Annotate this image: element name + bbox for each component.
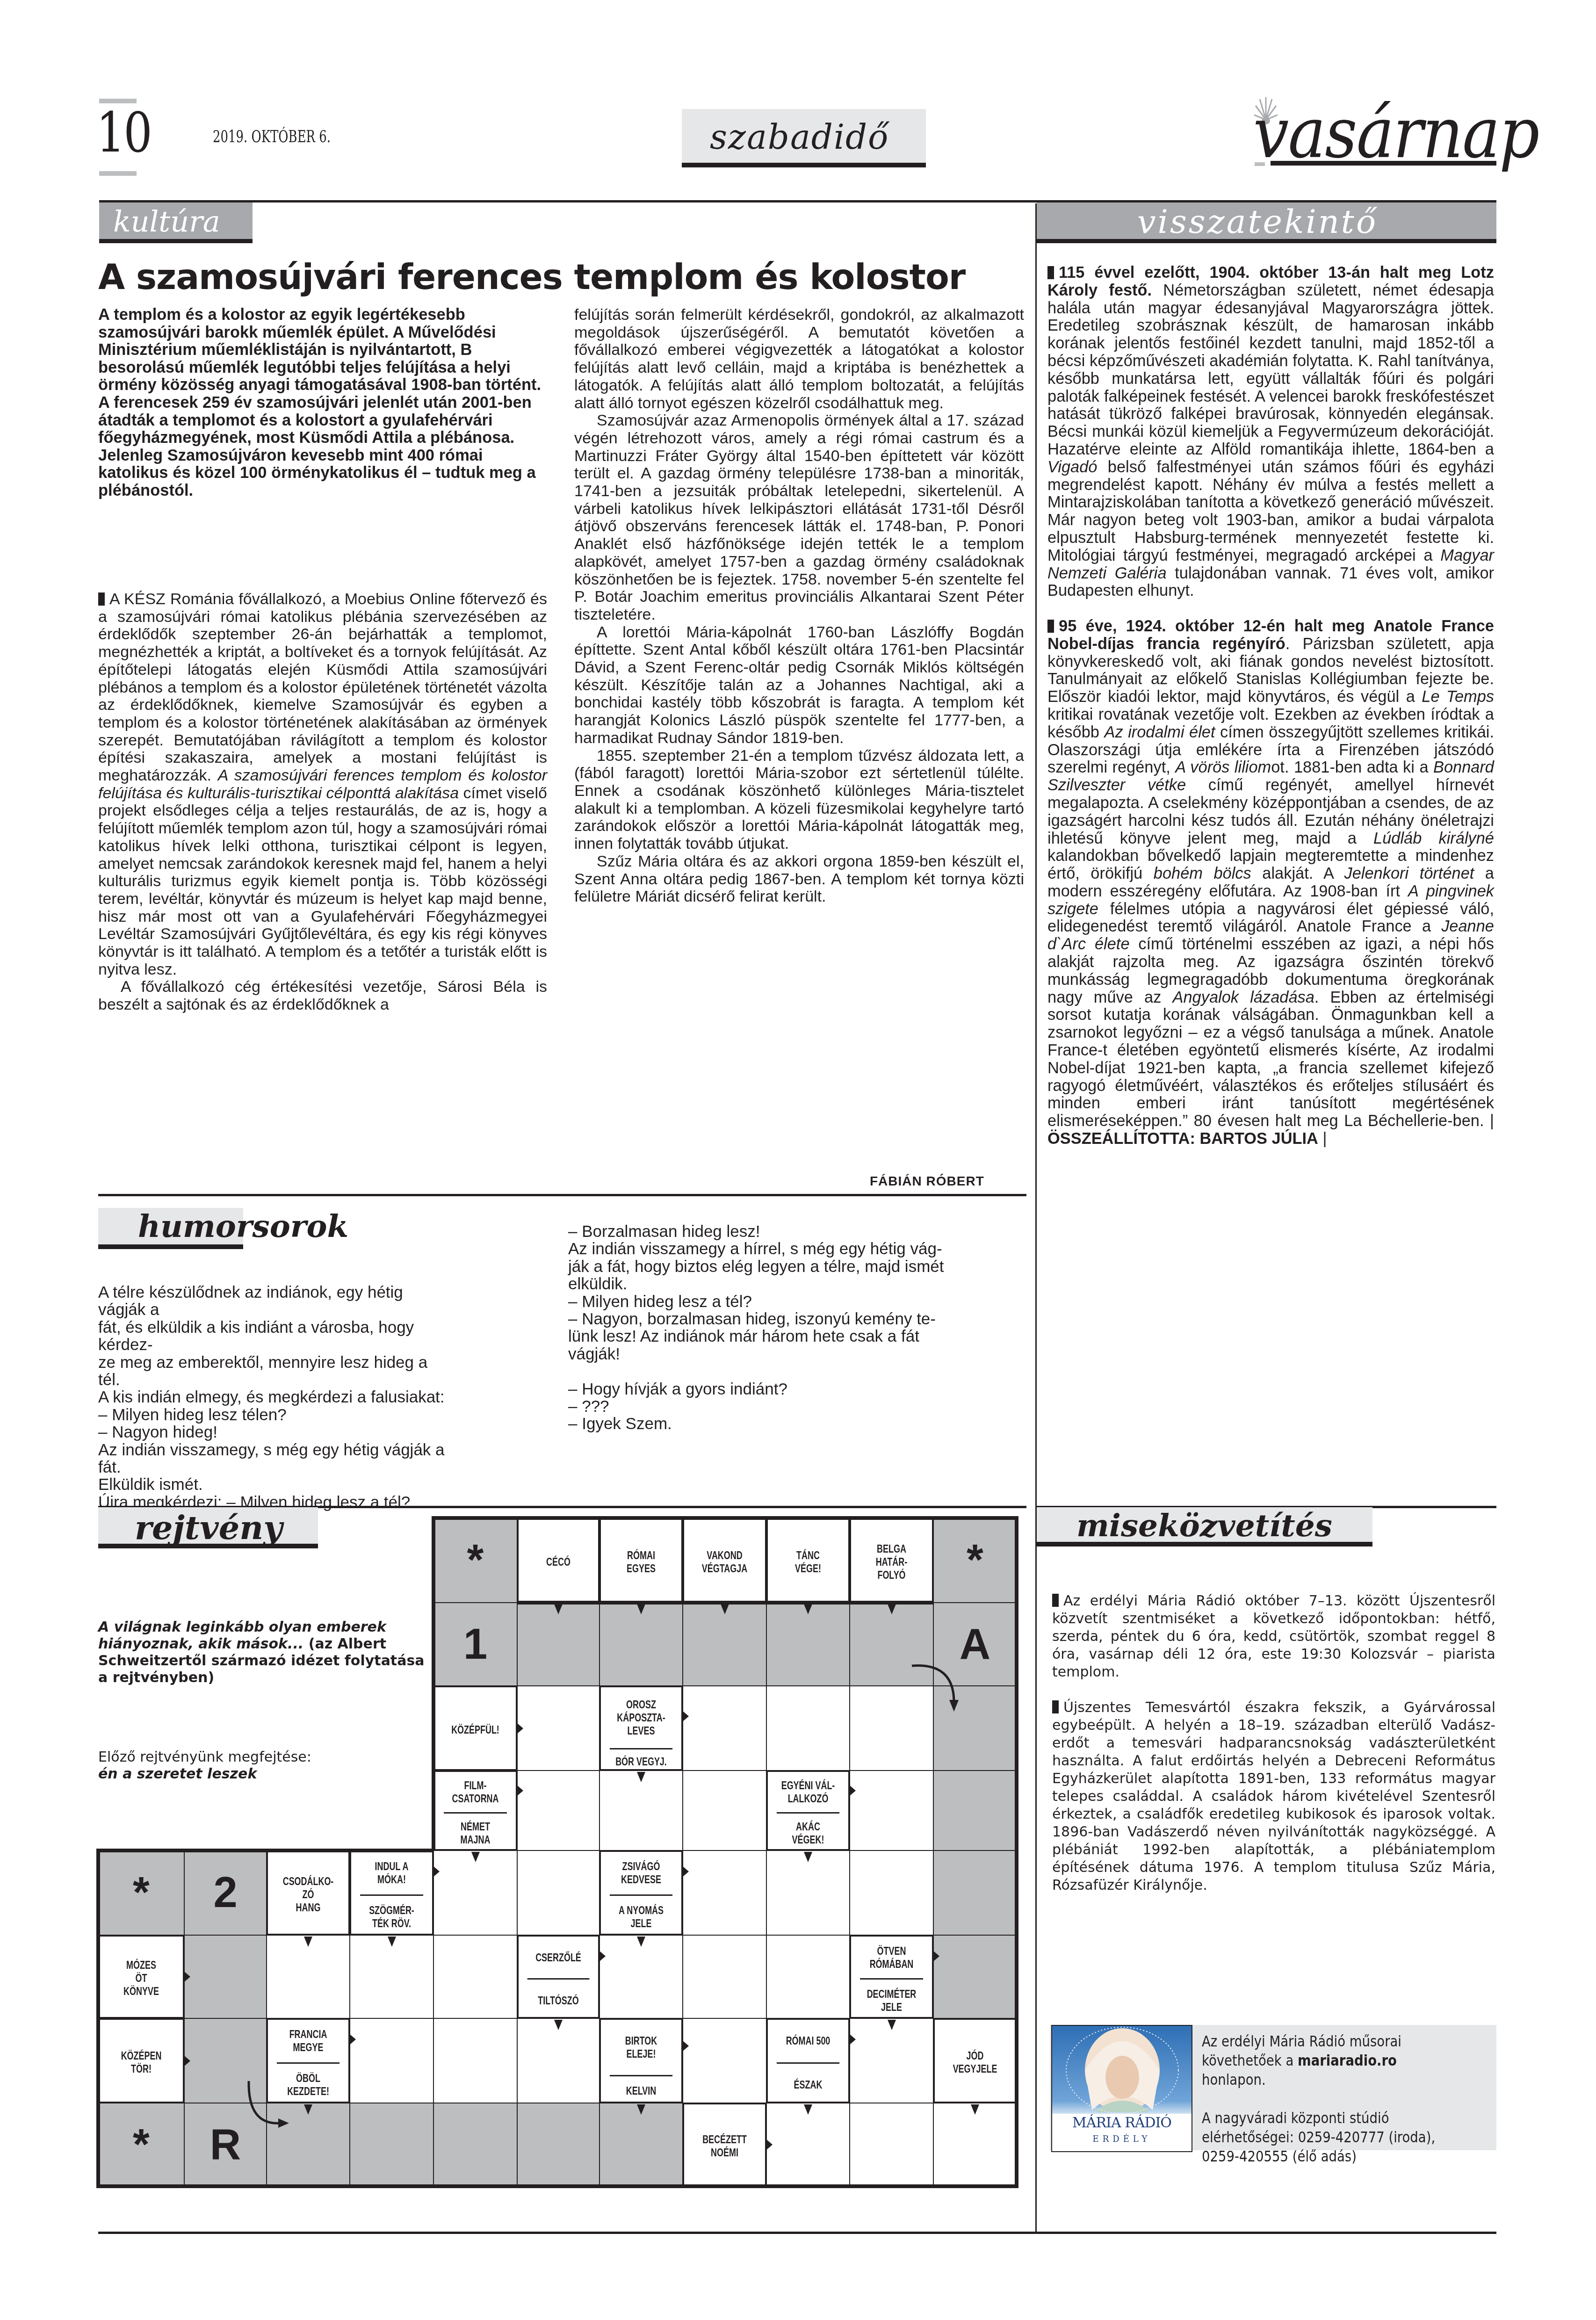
humor-line: – Hogy hívják a gyors indiánt? xyxy=(568,1380,1017,1398)
crossword-solution-cell[interactable] xyxy=(517,2103,599,2186)
crossword-clue-cell: RÓMAI EGYES xyxy=(599,1518,683,1603)
retro-text: 115 évvel ezelőtt, 1904. október 13-án h… xyxy=(1047,264,1494,1166)
humor-line: ze meg az emberektől, mennyire lesz hide… xyxy=(98,1354,454,1389)
crossword-solution-cell[interactable] xyxy=(850,1603,933,1686)
puzzle-previous-label: Előző rejtvényünk megfejtése: xyxy=(98,1749,426,1766)
crossword-clue-cell: MÓZES ÖT KÖNYVE xyxy=(98,1935,184,2018)
crossword-answer-cell[interactable] xyxy=(850,2103,933,2186)
section-humorsorok-label: humorsorok xyxy=(138,1208,348,1244)
crossword-solution-cell[interactable] xyxy=(599,1603,683,1686)
maria-radio-logo: MÁRIA RÁDIÓ ERDÉLY xyxy=(1051,2025,1192,2152)
humor-line: A télre készülődnek az indiánok, egy hét… xyxy=(98,1284,454,1319)
crossword-clue: BÓR VEGYJ. xyxy=(610,1748,672,1773)
radio-info-text: Az erdélyi Mária Rádió műsorai követhető… xyxy=(1202,2032,1451,2166)
crossword-clue: TILTÓSZÓ xyxy=(527,1978,590,2021)
text-run: 1855. szeptember 21-én a templom tűzvész… xyxy=(574,747,1024,853)
crossword-answer-cell[interactable] xyxy=(766,1850,850,1935)
italic-run: Angyalok lázadása xyxy=(1173,989,1314,1006)
crossword-clue: ZSIVÁGÓ KEDVESE xyxy=(610,1852,672,1894)
mass-paragraph: Az erdélyi Mária Rádió október 7–13. köz… xyxy=(1052,1592,1495,1681)
crossword-clue-cell: CSERZŐLÉTILTÓSZÓ xyxy=(517,1935,599,2018)
crossword-answer-cell[interactable] xyxy=(517,1771,599,1850)
column-divider xyxy=(1035,203,1037,2233)
crossword-clue-cell: BIRTOK ELEJE!KELVIN xyxy=(599,2018,683,2103)
crossword-clue: OROSZ KÁPOSZTA- LEVES xyxy=(610,1687,672,1748)
section-misekozvetites: miseközvetítés xyxy=(1037,1507,1372,1547)
crossword-answer-cell[interactable] xyxy=(850,2018,933,2103)
crossword-clue: VAKOND VÉGTAGJA xyxy=(693,1519,756,1604)
crossword-clue-cell: VAKOND VÉGTAGJA xyxy=(683,1518,766,1603)
text-run: A lorettói Mária-kápolnát 1760-ban Lászl… xyxy=(574,623,1024,747)
crossword-solution-cell[interactable] xyxy=(933,1771,1017,1850)
rubric-label: szabadidő xyxy=(710,117,889,157)
crossword-solution-cell[interactable] xyxy=(599,2103,683,2186)
humor-line: Elküldik ismét. xyxy=(98,1476,454,1493)
italic-run: Jelenkori történet xyxy=(1344,865,1474,882)
crossword-clue-cell: EGYÉNI VÁL- LALKOZÓAKÁC VÉGEK! xyxy=(766,1771,850,1850)
humor-line: – Nagyon, borzalmasan hideg, iszonyú kem… xyxy=(568,1310,1017,1328)
text-run: belső falfestményei után számos főúri és… xyxy=(1047,458,1494,564)
crossword-solution-cell[interactable] xyxy=(184,2018,267,2103)
article-title: A szamosújvári ferences templom és kolos… xyxy=(98,256,965,298)
crossword-solution-cell[interactable]: * xyxy=(433,1518,517,1603)
crossword-solution-cell[interactable] xyxy=(184,1935,267,2018)
page-number-bar-bottom xyxy=(99,171,137,176)
crossword-clue-cell: CÉCÓ xyxy=(517,1518,599,1603)
text-run: félelmes utópia a nagyvárosi élet gépies… xyxy=(1047,900,1494,936)
text-run: Szűz Mária oltára és az akkori orgona 18… xyxy=(574,853,1024,905)
humor-line: Az indián visszamegy, s még egy hétig vá… xyxy=(98,1441,454,1476)
paragraph: Szűz Mária oltára és az akkori orgona 18… xyxy=(574,853,1024,906)
humor-line: – Igyek Szem. xyxy=(568,1415,1017,1432)
crossword-clue: NÉMET MAJNA xyxy=(444,1812,507,1854)
vasarnap-logo[interactable]: vasárnap xyxy=(1253,98,1496,164)
text-run: címet viselő projekt elsődleges célja a … xyxy=(98,784,547,978)
crossword-clue: KÖZÉPEN TÖR! xyxy=(109,2020,174,2104)
crossword-clue: EGYÉNI VÁL- LALKOZÓ xyxy=(777,1772,839,1812)
text-run: A fővállalkozó cég értékesítési vezetője… xyxy=(98,978,547,1013)
crossword-marker: * xyxy=(934,1518,1016,1602)
crossword-clue: BIRTOK ELEJE! xyxy=(610,2020,672,2075)
text-run: | xyxy=(1318,1130,1327,1148)
rubric-szabadido: szabadidő xyxy=(682,109,926,167)
italic-run: A vörös liliom xyxy=(1175,759,1271,776)
crossword-answer-cell[interactable] xyxy=(350,1935,433,2018)
crossword-clue: TÁNC VÉGE! xyxy=(777,1519,839,1604)
crossword-clue-cell: OROSZ KÁPOSZTA- LEVESBÓR VEGYJ. xyxy=(599,1686,683,1771)
crossword-marker: * xyxy=(434,1518,517,1602)
crossword-solution-cell[interactable] xyxy=(517,1603,599,1686)
crossword-clue: FILM- CSATORNA xyxy=(444,1772,507,1812)
crossword-clue-cell: BECÉZETT NOÉMI xyxy=(683,2103,766,2186)
crossword-clue-cell: RÓMAI 500ÉSZAK xyxy=(766,2018,850,2103)
crossword-answer-cell[interactable] xyxy=(517,1850,599,1935)
crossword-solution-cell[interactable] xyxy=(933,1686,1017,1771)
text-run: alakját. A xyxy=(1251,865,1344,882)
crossword-clue: FRANCIA MEGYE xyxy=(277,2020,339,2062)
mass-text: Az erdélyi Mária Rádió október 7–13. köz… xyxy=(1052,1592,1495,1912)
crossword-solution-cell[interactable]: 2 xyxy=(184,1850,267,1935)
section-rejtveny-label: rejtvény xyxy=(135,1508,282,1547)
paragraph-marker-icon xyxy=(1047,266,1054,279)
paragraph-marker-icon xyxy=(1052,1700,1059,1713)
crossword-clue: ÖBÖL KEZDETE! xyxy=(277,2062,339,2106)
retro-item: 115 évvel ezelőtt, 1904. október 13-án h… xyxy=(1047,264,1494,600)
crossword-solution-cell[interactable] xyxy=(766,1603,850,1686)
humor-line: elküldik. xyxy=(568,1275,1017,1293)
puzzle-intro: A világnak leginkább olyan emberek hiány… xyxy=(98,1619,426,1686)
logo-wordmark: vasárnap xyxy=(1253,98,1539,168)
crossword-answer-cell[interactable] xyxy=(683,1686,766,1771)
text-run: Szamosújvár azaz Armenopolis örmények ál… xyxy=(574,412,1024,623)
humor-line: ják a fát, hogy biztos elég legyen a tél… xyxy=(568,1258,1017,1275)
section-rejtveny: rejtvény xyxy=(98,1507,318,1548)
crossword-clue: DECIMÉTER JELE xyxy=(860,1978,923,2021)
page-number: 10 xyxy=(96,107,151,158)
humor-line: lünk lesz! Az indiánok már három hete cs… xyxy=(568,1328,1017,1345)
page-bottom-rule xyxy=(98,2232,1496,2234)
crossword-solution-cell[interactable]: * xyxy=(98,2103,184,2186)
humor-column-1: A télre készülődnek az indiánok, egy hét… xyxy=(98,1284,454,1511)
text-run: A KÉSZ Románia fővállalkozó, a Moebius O… xyxy=(98,590,547,784)
crossword-answer-cell[interactable] xyxy=(933,2103,1017,2186)
crossword-clue-cell: JÓD VEGYJELE xyxy=(933,2018,1017,2103)
crossword-clue-cell: KÖZÉPEN TÖR! xyxy=(98,2018,184,2103)
text-run: . Ebben az értelmiségi sorsot kutatja ko… xyxy=(1047,989,1494,1130)
radio-website-link[interactable]: mariaradio.ro xyxy=(1298,2052,1397,2069)
crossword-clue-cell: BELGA HATÁR- FOLYÓ xyxy=(850,1518,933,1603)
crossword-answer-cell[interactable] xyxy=(850,1850,933,1935)
humor-line: – Milyen hideg lesz a tél? xyxy=(568,1293,1017,1310)
crossword-clue: A NYOMÁS JELE xyxy=(610,1894,672,1938)
crossword-answer-cell[interactable] xyxy=(599,1935,683,2018)
crossword-marker: 1 xyxy=(434,1603,517,1685)
article-column-2: felújítás során felmerült kérdésekről, g… xyxy=(574,306,1024,906)
crossword-answer-cell[interactable] xyxy=(433,1850,517,1935)
crossword-marker: * xyxy=(99,1851,184,1935)
crossword-clue: MÓZES ÖT KÖNYVE xyxy=(109,1937,174,2020)
paragraph: 1855. szeptember 21-én a templom tűzvész… xyxy=(574,747,1024,853)
text-run: felújítás során felmerült kérdésekről, g… xyxy=(574,306,1024,412)
paragraph: A KÉSZ Románia fővállalkozó, a Moebius O… xyxy=(98,591,547,978)
paragraph: Szamosújvár azaz Armenopolis örmények ál… xyxy=(574,412,1024,623)
crossword-answer-cell[interactable] xyxy=(850,1686,933,1771)
crossword-solution-cell[interactable]: 1 xyxy=(433,1603,517,1686)
crossword-clue-cell: CSODÁLKO- ZÓ HANG xyxy=(267,1850,350,1935)
crossword-answer-cell[interactable] xyxy=(683,2018,766,2103)
paragraph-marker-icon xyxy=(1047,620,1054,633)
crossword-clue: RÓMAI 500 xyxy=(777,2020,839,2062)
madonna-image-icon xyxy=(1052,2026,1192,2151)
section-kultura: kultúra xyxy=(99,202,253,243)
crossword-clue-cell: KÖZÉPFÜL! xyxy=(433,1686,517,1771)
crossword-answer-cell[interactable] xyxy=(267,1935,350,2018)
humor-line: – Milyen hideg lesz télen? xyxy=(98,1406,454,1424)
radio-logo-subtitle: ERDÉLY xyxy=(1052,2134,1192,2144)
crossword-marker: R xyxy=(185,2103,266,2186)
crossword-answer-cell[interactable] xyxy=(766,1686,850,1771)
crossword-solution-cell[interactable]: R xyxy=(184,2103,267,2186)
paragraph-marker-icon xyxy=(98,593,105,606)
crossword-answer-cell[interactable] xyxy=(683,1935,766,2018)
crossword-solution-cell[interactable]: A xyxy=(933,1603,1017,1686)
humor-line: – Nagyon hideg! xyxy=(98,1424,454,1441)
crossword-answer-cell[interactable] xyxy=(683,1850,766,1935)
crossword-marker: A xyxy=(934,1603,1016,1685)
section-humorsorok: humorsorok xyxy=(98,1208,243,1249)
crossword-answer-cell[interactable] xyxy=(599,1771,683,1850)
puzzle-previous-answer: én a szeretet leszek xyxy=(98,1766,426,1783)
crossword-clue: JÓD VEGYJELE xyxy=(944,2020,1006,2104)
paragraph-marker-icon xyxy=(1052,1594,1059,1607)
italic-run: Vigadó xyxy=(1047,458,1097,476)
crossword-answer-cell[interactable] xyxy=(433,2018,517,2103)
crossword-clue-cell: ZSIVÁGÓ KEDVESEA NYOMÁS JELE xyxy=(599,1850,683,1935)
crossword-clue: BELGA HATÁR- FOLYÓ xyxy=(860,1519,923,1604)
crossword-clue-cell: ÖTVEN RÓMÁBANDECIMÉTER JELE xyxy=(850,1935,933,2018)
text-run: ot. 1881-ben adta ki a xyxy=(1271,759,1433,776)
humor-line xyxy=(568,1363,1017,1380)
radio-contact: A nagyváradi központi stúdió elérhetőség… xyxy=(1202,2109,1451,2166)
crossword-clue: KELVIN xyxy=(610,2075,672,2106)
humor-line: vágják! xyxy=(568,1345,1017,1363)
crossword-clue-cell: TÁNC VÉGE! xyxy=(766,1518,850,1603)
logo-underline xyxy=(1271,161,1496,166)
radio-text-post: honlapon. xyxy=(1202,2071,1266,2089)
mass-paragraph: Újszentes Temesvártól északra fekszik, a… xyxy=(1052,1699,1495,1894)
crossword-solution-cell[interactable] xyxy=(683,1603,766,1686)
crossword-clue-cell: INDUL A MÓKA!SZÖGMÉR- TÉK RÖV. xyxy=(350,1850,433,1935)
section-visszatekinto-label: visszatekintő xyxy=(1137,202,1378,241)
logo-underline-gray xyxy=(1255,162,1265,166)
italic-run: Le Temps xyxy=(1422,688,1494,706)
section-misekozvetites-label: miseközvetítés xyxy=(1076,1507,1332,1544)
crossword-solution-cell[interactable] xyxy=(933,1850,1017,1935)
crossword-solution-cell[interactable] xyxy=(350,2103,433,2186)
retro-item: 95 éve, 1924. október 12-én halt meg Ana… xyxy=(1047,618,1494,1148)
bold-run: ÖSSZEÁLLÍTOTTA: BARTOS JÚLIA xyxy=(1047,1130,1318,1148)
crossword-solution-cell[interactable]: * xyxy=(98,1850,184,1935)
radio-logo-title: MÁRIA RÁDIÓ xyxy=(1052,2115,1192,2131)
humor-line: – Borzalmasan hideg lesz! xyxy=(568,1223,1017,1240)
crossword-answer-cell[interactable] xyxy=(766,1935,850,2018)
crossword-clue: CSERZŐLÉ xyxy=(527,1937,590,1978)
paragraph: felújítás során felmerült kérdésekről, g… xyxy=(574,306,1024,412)
section-kultura-label: kultúra xyxy=(113,204,220,239)
paragraph: A fővállalkozó cég értékesítési vezetője… xyxy=(98,978,547,1013)
crossword-answer-cell[interactable] xyxy=(517,1686,599,1771)
italic-run: Az irodalmi élet xyxy=(1104,723,1215,741)
crossword-answer-cell[interactable] xyxy=(683,1771,766,1850)
article-lead: A templom és a kolostor az egyik legérté… xyxy=(98,306,547,500)
crossword-answer-cell[interactable] xyxy=(766,2103,850,2186)
italic-run: bohém bölcs xyxy=(1154,865,1251,882)
paragraph: A lorettói Mária-kápolnát 1760-ban Lászl… xyxy=(574,624,1024,747)
crossword-solution-cell[interactable] xyxy=(433,2103,517,2186)
text-run: Németországban született, német édesapja… xyxy=(1047,282,1494,458)
article-column-1: A KÉSZ Románia fővállalkozó, a Moebius O… xyxy=(98,591,547,1014)
crossword-answer-cell[interactable] xyxy=(850,1771,933,1850)
crossword-solution-cell[interactable] xyxy=(267,2103,350,2186)
crossword-solution-cell[interactable]: * xyxy=(933,1518,1017,1603)
humor-column-2: – Borzalmasan hideg lesz!Az indián vissz… xyxy=(568,1223,1017,1433)
crossword-answer-cell[interactable] xyxy=(350,2018,433,2103)
crossword-answer-cell[interactable] xyxy=(433,1935,517,2018)
crossword-marker: * xyxy=(99,2103,184,2186)
crossword-clue: ÖTVEN RÓMÁBAN xyxy=(860,1937,923,1978)
crossword-clue-cell: FILM- CSATORNANÉMET MAJNA xyxy=(433,1771,517,1850)
crossword-clue: AKÁC VÉGEK! xyxy=(777,1812,839,1854)
italic-run: Lúdláb királyné xyxy=(1373,830,1494,847)
crossword-clue: BECÉZETT NOÉMI xyxy=(693,2104,756,2188)
crossword-clue-cell: FRANCIA MEGYEÖBÖL KEZDETE! xyxy=(267,2018,350,2103)
humor-line: fát, és elküldik a kis indiánt a városba… xyxy=(98,1319,454,1354)
crossword-clue: CÉCÓ xyxy=(527,1519,590,1604)
crossword-clue: RÓMAI EGYES xyxy=(610,1519,672,1604)
crossword-clue: SZÖGMÉR- TÉK RÖV. xyxy=(360,1894,423,1938)
crossword-clue: INDUL A MÓKA! xyxy=(360,1852,423,1894)
humor-rule xyxy=(98,1194,1026,1196)
humor-line: Az indián visszamegy a hírrel, s még egy… xyxy=(568,1240,1017,1258)
crossword-answer-cell[interactable] xyxy=(517,2018,599,2103)
crossword-clue: ÉSZAK xyxy=(777,2062,839,2106)
humor-line: – ??? xyxy=(568,1398,1017,1415)
crossword-clue: KÖZÉPFÜL! xyxy=(444,1687,507,1772)
crossword-solution-cell[interactable] xyxy=(933,1935,1017,2018)
section-visszatekinto: visszatekintő xyxy=(1037,202,1496,243)
article-byline: FÁBIÁN RÓBERT xyxy=(870,1174,984,1189)
crossword-clue: CSODÁLKO- ZÓ HANG xyxy=(277,1852,339,1937)
crossword-marker: 2 xyxy=(185,1851,266,1935)
humor-line: A kis indián elmegy, és megkérdezi a fal… xyxy=(98,1388,454,1406)
issue-date: 2019. OKTÓBER 6. xyxy=(213,127,331,146)
